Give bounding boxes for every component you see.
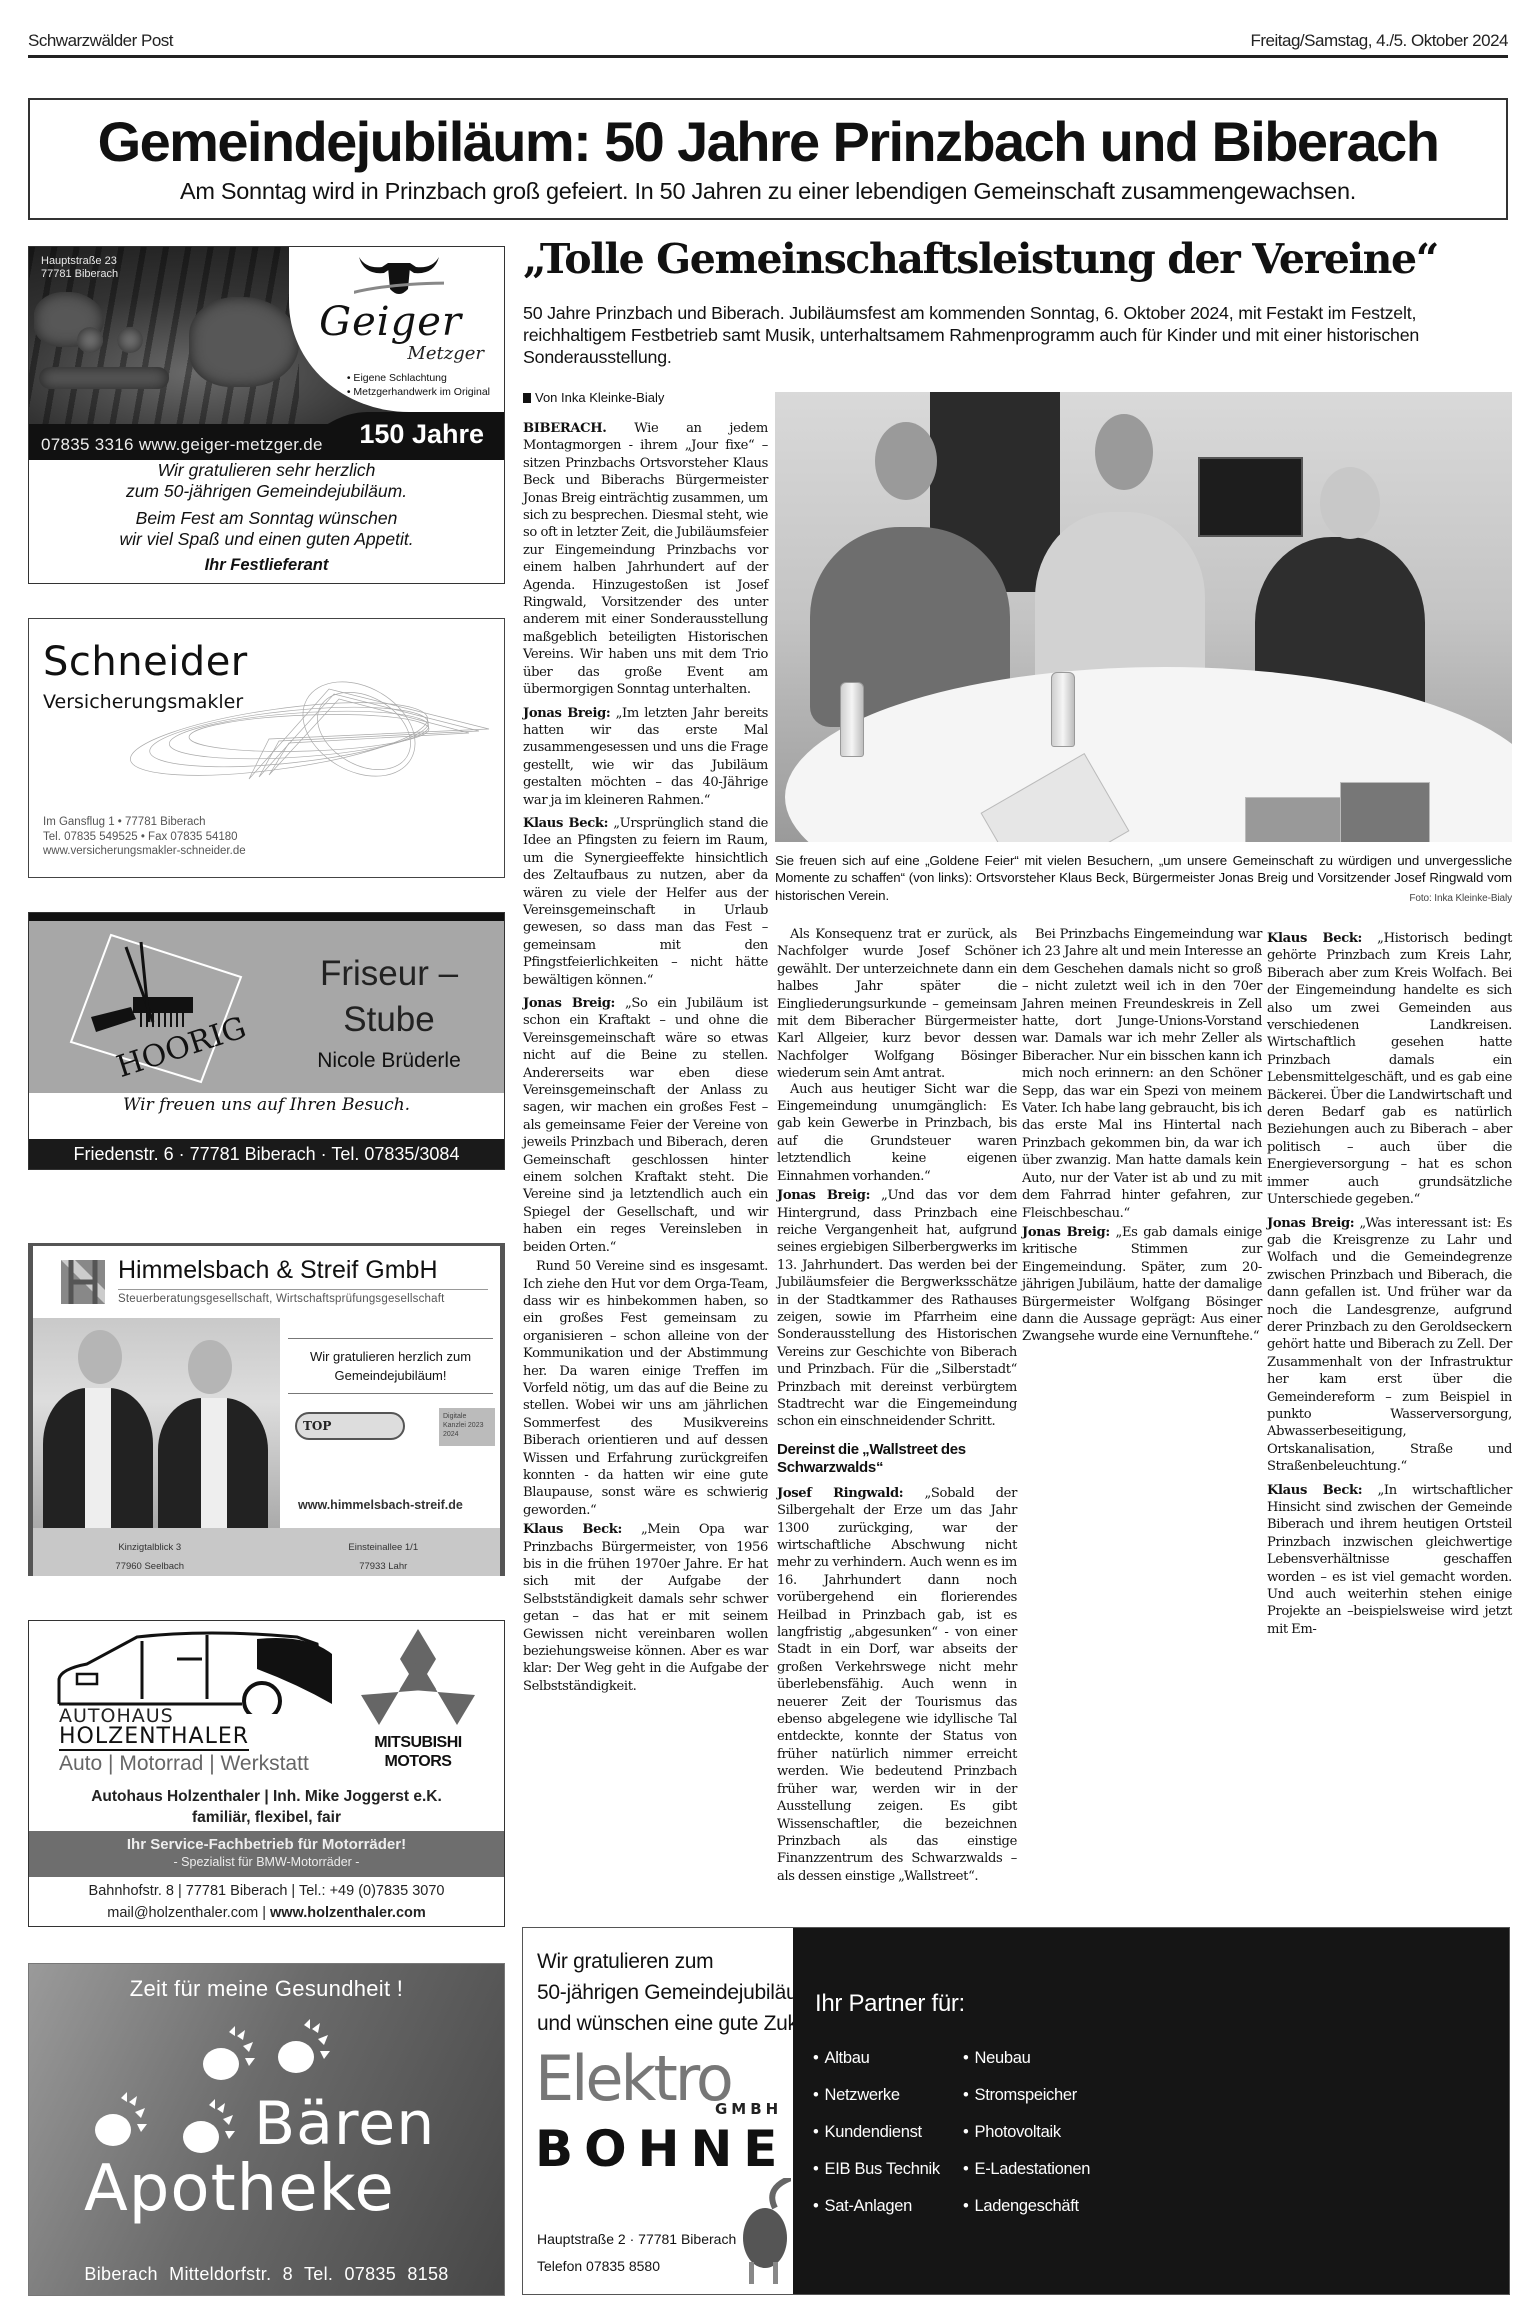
car-motorcycle-icon <box>57 1629 337 1714</box>
masthead: Schwarzwälder Post Freitag/Samstag, 4./5… <box>28 28 1508 58</box>
banner-subtitle: Am Sonntag wird in Prinzbach groß gefeie… <box>30 178 1506 205</box>
schneider-website[interactable]: www.versicherungsmakler-schneider.de <box>43 844 246 859</box>
power-plug-icon <box>735 2178 791 2288</box>
ad-himmelsbach-streif: Himmelsbach & Streif GmbH Steuerberatung… <box>28 1243 505 1576</box>
ad-schneider-versicherung: Schneider Versicherungsmakler Im Gansflu… <box>28 618 505 878</box>
holz-website[interactable]: www.holzenthaler.com <box>270 1905 426 1921</box>
article-photo <box>775 392 1512 842</box>
hs-office-seelbach: Kinzigtalblick 3 77960 Seelbach Tel.: 07… <box>33 1528 267 1576</box>
photo-credit: Foto: Inka Kleinke-Bialy <box>1409 890 1512 907</box>
hs-logo-icon <box>61 1260 105 1304</box>
article-column-4: Klaus Beck: „Historisch bedingt gehörte … <box>1267 930 1512 1644</box>
friseur-contact: Friedenstr. 6 · 77781 Biberach · Tel. 07… <box>29 1139 504 1169</box>
issue-date: Freitag/Samstag, 4./5. Oktober 2024 <box>1251 31 1508 51</box>
article-column-3: Bei Prinzbachs Eingemeindung war ich 23 … <box>1022 930 1262 1352</box>
schneider-contact: Im Gansflug 1 • 77781 Biberach Tel. 0783… <box>43 815 246 859</box>
friseur-owner: Nicole Brüderle <box>274 1049 504 1073</box>
byline-square-icon <box>523 393 531 403</box>
geiger-phone-web: 07835 3316 www.geiger-metzger.de <box>41 435 323 455</box>
ad-geiger-metzger: Hauptstraße 23 77781 Biberach Geiger Met… <box>28 246 505 584</box>
geiger-anniversary: 150 Jahre <box>359 419 484 450</box>
mitsubishi-diamonds-icon <box>359 1627 477 1727</box>
geiger-address: Hauptstraße 23 77781 Biberach <box>41 255 118 281</box>
bear-paw-icon <box>179 2099 239 2159</box>
schneider-name: Schneider <box>43 639 248 685</box>
banner-title: Gemeindejubiläum: 50 Jahre Prinzbach und… <box>30 114 1506 170</box>
bear-paw-icon <box>199 2026 259 2086</box>
ad-elektro-bohnert: Wir gratulieren zum 50-jährigen Gemeinde… <box>522 1927 1510 2295</box>
ad-friseur-stube: HOORIG Friseur – Stube Nicole Brüderle W… <box>28 912 505 1170</box>
schneider-subtitle: Versicherungsmakler <box>43 691 243 713</box>
article-lead: 50 Jahre Prinzbach und Biberach. Jubiläu… <box>523 302 1513 368</box>
bear-paw-icon <box>274 2019 334 2079</box>
newspaper-name: Schwarzwälder Post <box>28 31 173 51</box>
bull-head-icon <box>354 253 444 301</box>
hs-message: Wir gratulieren herzlich zum Gemeindejub… <box>288 1338 493 1394</box>
dateline: BIBERACH. <box>523 421 606 436</box>
article-column-1: BIBERACH. Wie an jedem Montagmorgen - ih… <box>523 420 768 1701</box>
special-section-banner: Gemeindejubiläum: 50 Jahre Prinzbach und… <box>28 98 1508 220</box>
services-list: Altbau Neubau Netzwerke Stromspeicher Ku… <box>813 2040 1113 2225</box>
svg-text:HOORIG: HOORIG <box>112 1010 250 1085</box>
hs-company-name: Himmelsbach & Streif GmbH <box>118 1256 438 1285</box>
hs-website[interactable]: www.himmelsbach-streif.de <box>298 1498 463 1512</box>
ad-baeren-apotheke: Zeit für meine Gesundheit ! Bären Apothe… <box>28 1963 505 2296</box>
friseur-tagline: Wir freuen uns auf Ihren Besuch. <box>29 1095 504 1115</box>
article-byline: Von Inka Kleinke-Bialy <box>523 390 664 405</box>
hs-subtitle: Steuerberatungsgesellschaft, Wirtschafts… <box>118 1293 445 1305</box>
scissors-comb-icon: HOORIG <box>41 927 259 1089</box>
friseur-title: Friseur – Stube <box>284 951 494 1043</box>
article-subhead: Dereinst die „Wallstreet des Schwarzwald… <box>777 1441 1017 1477</box>
photo-caption: Sie freuen sich auf eine „Goldene Feier“… <box>775 852 1512 907</box>
hs-team-photo <box>33 1318 280 1528</box>
swirl-graphic <box>129 669 499 794</box>
digital-kanzlei-badge-icon: Digitale Kanzlei 2023 2024 <box>439 1408 495 1446</box>
ad-autohaus-holzenthaler: AUTOHAUS HOLZENTHALER Auto | Motorrad | … <box>28 1620 505 1927</box>
hs-office-lahr: Einsteinallee 1/1 77933 Lahr Tel.: 07821… <box>267 1528 501 1576</box>
top-badge-icon: TOP <box>295 1412 405 1440</box>
article-column-2: Als Konsequenz trat er zurück, als Nachf… <box>777 930 1017 1891</box>
holz-email[interactable]: mail@holzenthaler.com | <box>107 1905 270 1921</box>
bear-paw-icon <box>91 2092 151 2152</box>
monitor <box>1198 457 1303 537</box>
article-headline: „Tolle Gemeinschaftsleistung der Vereine… <box>523 238 1513 281</box>
